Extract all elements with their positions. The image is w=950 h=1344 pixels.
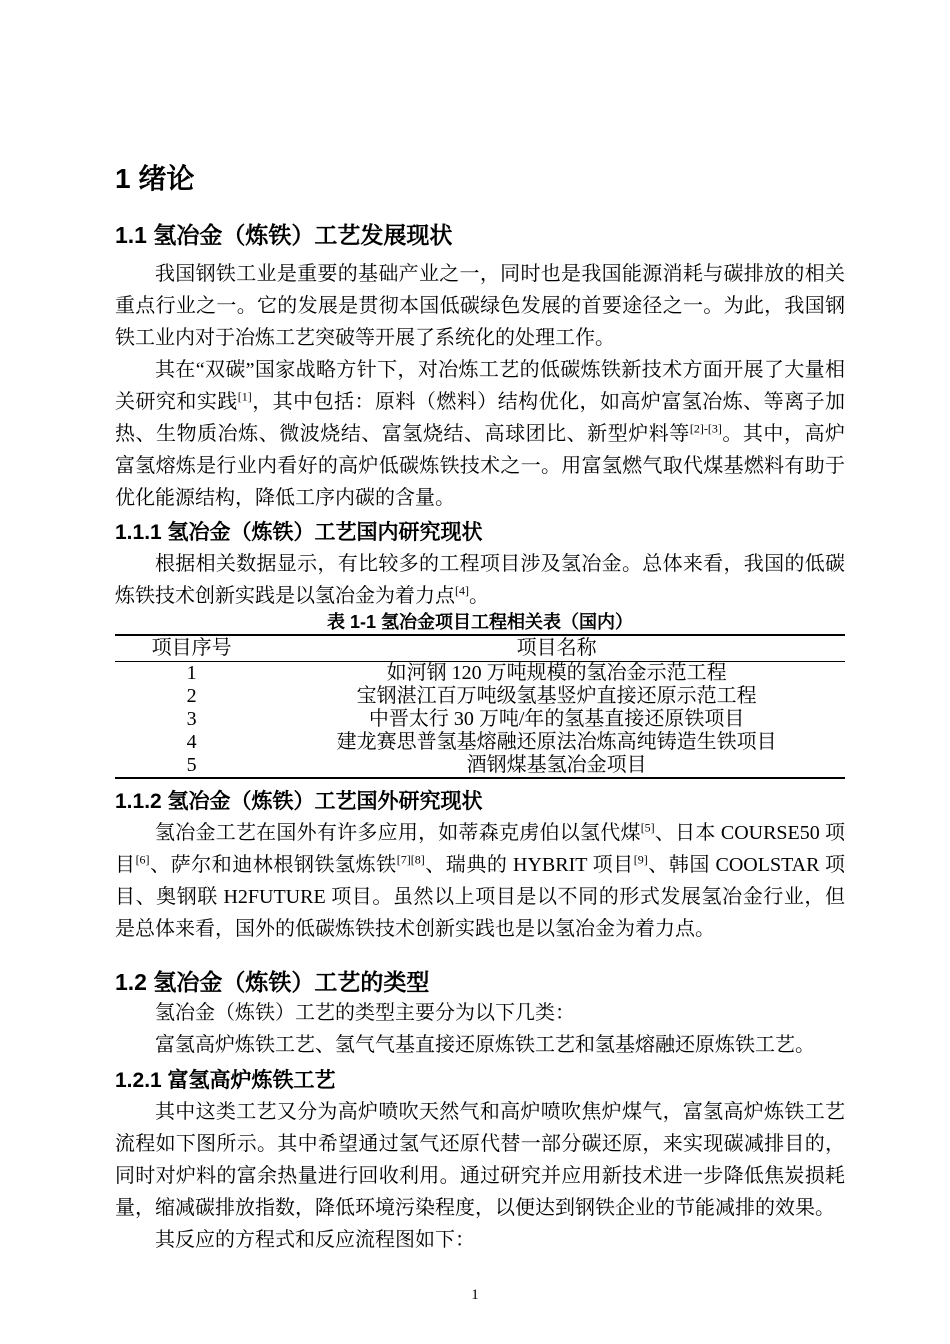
table-header-cell: 项目序号 (115, 635, 268, 662)
table-row: 4 建龙赛思普氢基熔融还原法冶炼高纯铸造生铁项目 (115, 731, 845, 754)
table-cell: 1 (115, 662, 268, 686)
table-cell: 建龙赛思普氢基熔融还原法冶炼高纯铸造生铁项目 (268, 731, 845, 754)
subsection-heading-1-1-2: 1.1.2 氢冶金（炼铁）工艺国外研究现状 (115, 787, 845, 817)
table-cell: 如河钢 120 万吨规模的氢冶金示范工程 (268, 662, 845, 686)
paragraph: 氢冶金工艺在国外有许多应用，如蒂森克虏伯以氢代煤[5]、日本 COURSE50 … (115, 817, 845, 945)
table-cell: 2 (115, 685, 268, 708)
chapter-title: 1 绪论 (115, 0, 845, 195)
paragraph: 根据相关数据显示，有比较多的工程项目涉及氢冶金。总体来看，我国的低碳炼铁技术创新… (115, 548, 845, 612)
paragraph: 我国钢铁工业是重要的基础产业之一，同时也是我国能源消耗与碳排放的相关重点行业之一… (115, 258, 845, 354)
subsection-heading-1-2-1: 1.2.1 富氢高炉炼铁工艺 (115, 1066, 845, 1096)
paragraph: 富氢高炉炼铁工艺、氢气气基直接还原炼铁工艺和氢基熔融还原炼铁工艺。 (115, 1029, 845, 1061)
page-content: 1 绪论 1.1 氢冶金（炼铁）工艺发展现状 我国钢铁工业是重要的基础产业之一，… (0, 0, 950, 1256)
table-cell: 中晋太行 30 万吨/年的氢基直接还原铁项目 (268, 708, 845, 731)
table-cell: 3 (115, 708, 268, 731)
page-number: 1 (0, 1286, 950, 1304)
paragraph: 其在“双碳”国家战略方针下，对冶炼工艺的低碳炼铁新技术方面开展了大量相关研究和实… (115, 354, 845, 514)
paragraph: 氢冶金（炼铁）工艺的类型主要分为以下几类： (115, 997, 845, 1029)
table-row: 1 如河钢 120 万吨规模的氢冶金示范工程 (115, 662, 845, 686)
document-page: 1 绪论 1.1 氢冶金（炼铁）工艺发展现状 我国钢铁工业是重要的基础产业之一，… (0, 0, 950, 1344)
projects-table: 项目序号 项目名称 1 如河钢 120 万吨规模的氢冶金示范工程 2 宝钢湛江百… (115, 634, 845, 779)
table-row: 2 宝钢湛江百万吨级氢基竖炉直接还原示范工程 (115, 685, 845, 708)
section-heading-1-1: 1.1 氢冶金（炼铁）工艺发展现状 (115, 220, 845, 250)
paragraph: 其反应的方程式和反应流程图如下： (115, 1224, 845, 1256)
table-row: 5 酒钢煤基氢冶金项目 (115, 754, 845, 778)
table-cell: 4 (115, 731, 268, 754)
table-cell: 宝钢湛江百万吨级氢基竖炉直接还原示范工程 (268, 685, 845, 708)
subsection-heading-1-1-1: 1.1.1 氢冶金（炼铁）工艺国内研究现状 (115, 518, 845, 548)
table-caption: 表 1-1 氢冶金项目工程相关表（国内） (115, 612, 845, 632)
table-cell: 5 (115, 754, 268, 778)
table-header-row: 项目序号 项目名称 (115, 635, 845, 662)
table-cell: 酒钢煤基氢冶金项目 (268, 754, 845, 778)
table-header-cell: 项目名称 (268, 635, 845, 662)
section-heading-1-2: 1.2 氢冶金（炼铁）工艺的类型 (115, 967, 845, 997)
table-row: 3 中晋太行 30 万吨/年的氢基直接还原铁项目 (115, 708, 845, 731)
paragraph: 其中这类工艺又分为高炉喷吹天然气和高炉喷吹焦炉煤气，富氢高炉炼铁工艺流程如下图所… (115, 1096, 845, 1224)
